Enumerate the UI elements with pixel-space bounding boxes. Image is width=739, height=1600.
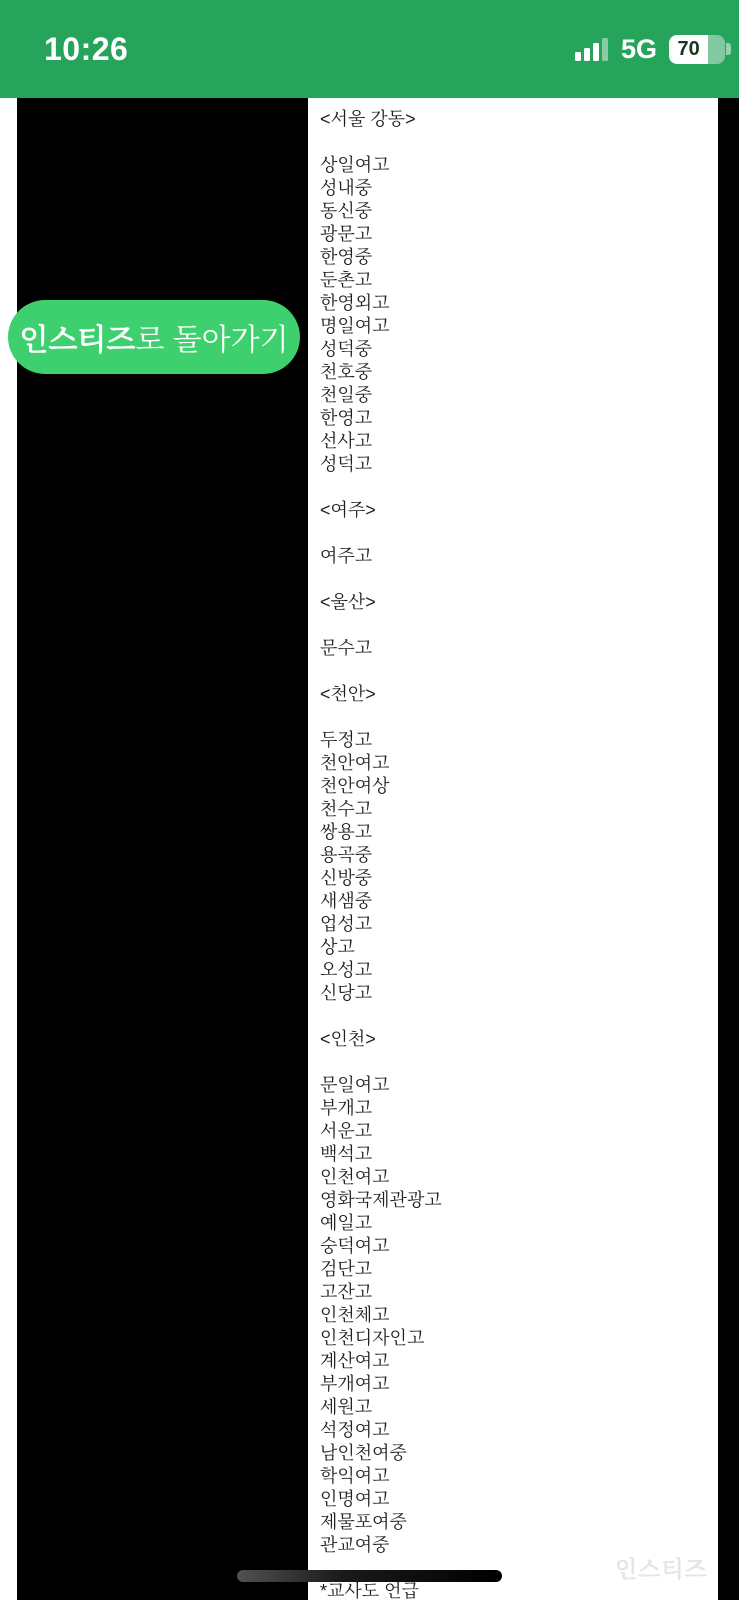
school-name: 용곡중 bbox=[320, 844, 716, 867]
school-name: 상고 bbox=[320, 936, 716, 959]
school-name: 천안여상 bbox=[320, 775, 716, 798]
school-name: 광문고 bbox=[320, 223, 716, 246]
school-name: 천수고 bbox=[320, 798, 716, 821]
school-name: 제물포여중 bbox=[320, 1511, 716, 1534]
school-name: 학익여고 bbox=[320, 1465, 716, 1488]
school-name: 성덕중 bbox=[320, 338, 716, 361]
school-name: 신당고 bbox=[320, 982, 716, 1005]
battery-body: 70 bbox=[669, 35, 725, 64]
school-name: 부개여고 bbox=[320, 1373, 716, 1396]
blank-line bbox=[320, 1005, 716, 1028]
section-header: <여주> bbox=[320, 499, 716, 522]
school-name: 쌍용고 bbox=[320, 821, 716, 844]
school-name: 명일여고 bbox=[320, 315, 716, 338]
network-type-label: 5G bbox=[621, 34, 657, 65]
section-header: <서울 강동> bbox=[320, 108, 716, 131]
school-name: 업성고 bbox=[320, 913, 716, 936]
school-name: 문일여고 bbox=[320, 1074, 716, 1097]
blank-line bbox=[320, 522, 716, 545]
cellular-signal-icon bbox=[575, 37, 609, 61]
school-name: 한영고 bbox=[320, 407, 716, 430]
school-name: 인천체고 bbox=[320, 1304, 716, 1327]
school-name: 선사고 bbox=[320, 430, 716, 453]
right-black-strip bbox=[718, 98, 739, 1600]
school-name: 검단고 bbox=[320, 1258, 716, 1281]
blank-line bbox=[320, 568, 716, 591]
school-name: 한영중 bbox=[320, 246, 716, 269]
status-bar: 10:26 5G 70 bbox=[0, 0, 739, 98]
school-name: 두정고 bbox=[320, 729, 716, 752]
phone-screen: 10:26 5G 70 인스티즈로 돌아가기 < bbox=[0, 0, 739, 1600]
battery-nub bbox=[726, 43, 731, 55]
school-name: 영화국제관광고 bbox=[320, 1189, 716, 1212]
school-name: 서운고 bbox=[320, 1120, 716, 1143]
school-name: 석정여고 bbox=[320, 1419, 716, 1442]
section-header: <천안> bbox=[320, 683, 716, 706]
school-name: 둔촌고 bbox=[320, 269, 716, 292]
blank-line bbox=[320, 476, 716, 499]
school-name: 고잔고 bbox=[320, 1281, 716, 1304]
section-header: <인천> bbox=[320, 1028, 716, 1051]
school-list[interactable]: <서울 강동> 상일여고성내중동신중광문고한영중둔촌고한영외고명일여고성덕중천호… bbox=[320, 108, 716, 1600]
blank-line bbox=[320, 614, 716, 637]
battery-empty-portion bbox=[708, 35, 725, 64]
school-name: 성내중 bbox=[320, 177, 716, 200]
status-time: 10:26 bbox=[44, 31, 128, 68]
school-name: 인천여고 bbox=[320, 1166, 716, 1189]
blank-line bbox=[320, 660, 716, 683]
school-name: 계산여고 bbox=[320, 1350, 716, 1373]
school-name: 동신중 bbox=[320, 200, 716, 223]
school-name: 인천디자인고 bbox=[320, 1327, 716, 1350]
home-indicator[interactable] bbox=[237, 1570, 502, 1582]
status-icons-group: 5G 70 bbox=[575, 34, 725, 65]
school-name: 천호중 bbox=[320, 361, 716, 384]
blank-line bbox=[320, 131, 716, 154]
school-name: 문수고 bbox=[320, 637, 716, 660]
school-name: 인명여고 bbox=[320, 1488, 716, 1511]
school-name: 오성고 bbox=[320, 959, 716, 982]
school-name: 숭덕여고 bbox=[320, 1235, 716, 1258]
school-name: 성덕고 bbox=[320, 453, 716, 476]
school-name: 한영외고 bbox=[320, 292, 716, 315]
section-header: <울산> bbox=[320, 591, 716, 614]
blank-line bbox=[320, 1051, 716, 1074]
school-name: 부개고 bbox=[320, 1097, 716, 1120]
school-name: 천일중 bbox=[320, 384, 716, 407]
instiz-watermark: 인스티즈 bbox=[615, 1551, 708, 1584]
school-name: 천안여고 bbox=[320, 752, 716, 775]
school-name: 여주고 bbox=[320, 545, 716, 568]
return-button-brand-text: 인스티즈 bbox=[19, 315, 135, 359]
school-name: 예일고 bbox=[320, 1212, 716, 1235]
school-name: 백석고 bbox=[320, 1143, 716, 1166]
school-name: 신방중 bbox=[320, 867, 716, 890]
school-name: 남인천여중 bbox=[320, 1442, 716, 1465]
return-button-suffix-text: 로 돌아가기 bbox=[135, 315, 288, 359]
school-name: 상일여고 bbox=[320, 154, 716, 177]
battery-icon: 70 bbox=[669, 35, 725, 64]
school-name: 세원고 bbox=[320, 1396, 716, 1419]
battery-percent: 70 bbox=[677, 38, 699, 61]
school-name: 새샘중 bbox=[320, 890, 716, 913]
battery-fill-level: 70 bbox=[669, 35, 708, 64]
blank-line bbox=[320, 706, 716, 729]
return-to-instiz-button[interactable]: 인스티즈로 돌아가기 bbox=[8, 300, 300, 374]
